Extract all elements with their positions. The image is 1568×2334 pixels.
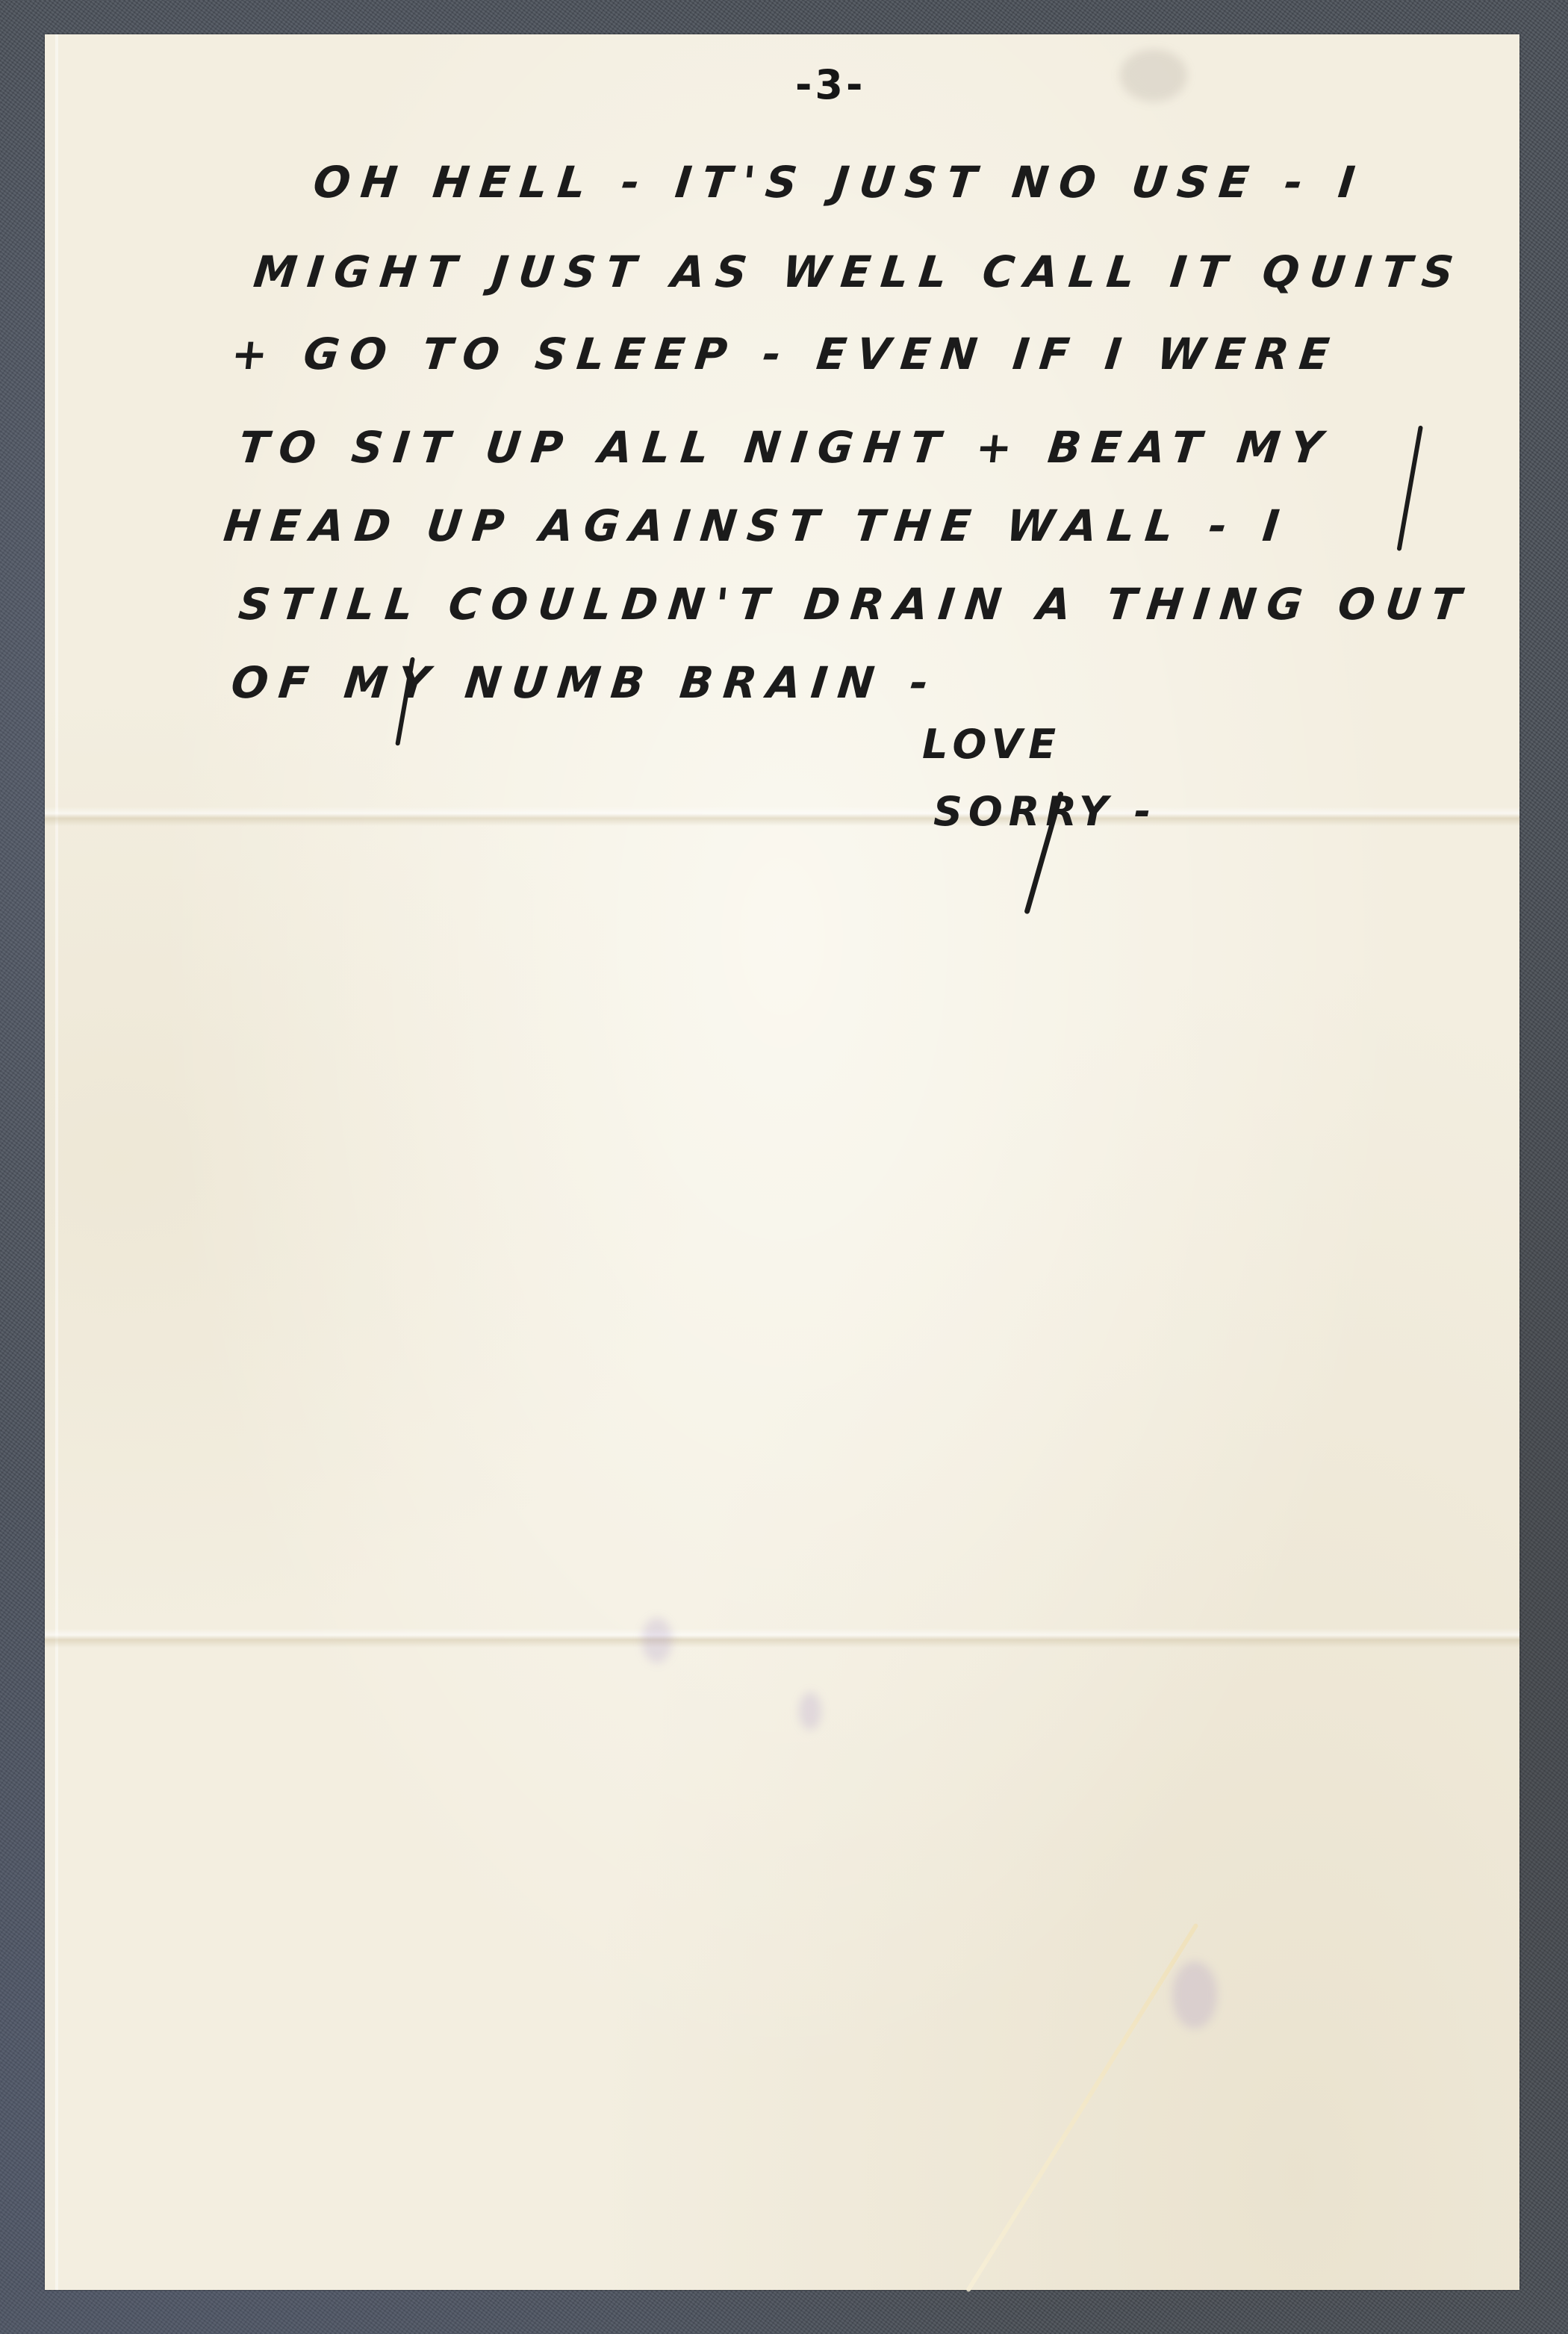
letter-line-4: TO SIT UP ALL NIGHT + BEAT MY	[236, 422, 1335, 473]
closing-salutation: LOVE	[922, 721, 1062, 768]
ink-smudge	[799, 1692, 821, 1730]
ink-smudge	[642, 1618, 672, 1663]
left-edge-crease	[55, 34, 58, 2290]
letter-line-3: + GO TO SLEEP - EVEN IF I WERE	[228, 329, 1342, 379]
upper-fold-line	[45, 807, 1519, 826]
pencil-smudge	[1120, 49, 1187, 102]
signature: SORRY -	[933, 788, 1157, 835]
diagonal-crease	[965, 1922, 1198, 2292]
letter-line-1: OH HELL - IT'S JUST NO USE - I	[311, 157, 1367, 208]
page-number: -3-	[795, 61, 865, 108]
ink-smudge	[1172, 1961, 1217, 2029]
letter-line-6: STILL COULDN'T DRAIN A THING OUT	[236, 579, 1473, 630]
letter-line-7: OF MY NUMB BRAIN -	[228, 657, 941, 708]
letter-line-5: HEAD UP AGAINST THE WALL - I	[221, 500, 1292, 551]
lower-fold-line	[45, 1628, 1519, 1648]
letter-line-2: MIGHT JUST AS WELL CALL IT QUITS	[251, 246, 1466, 297]
